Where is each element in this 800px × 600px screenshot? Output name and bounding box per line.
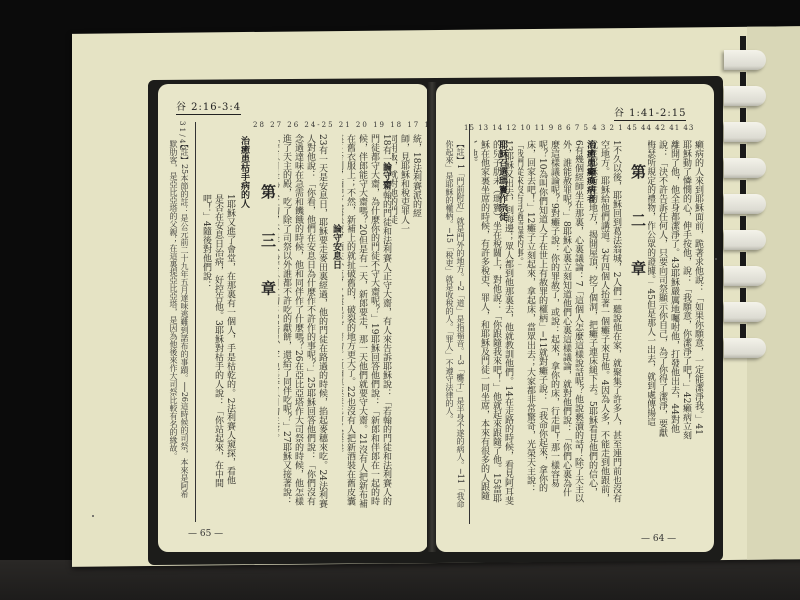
dust-speck	[715, 258, 717, 260]
left-page-number: — 65 —	[188, 529, 223, 539]
binder-ring	[724, 86, 766, 106]
binder-ring	[724, 194, 766, 214]
right-section-head-paralytic: 治癒患癱瘓病者	[584, 140, 597, 203]
binder-ring	[724, 50, 766, 70]
binder-ring	[724, 338, 766, 358]
right-footnote: 【註】1「門前附近」就是門外的地方。─2「道」是指福音。─3「癱子」是半身不遂的…	[442, 140, 466, 510]
right-section-head-calling: 耶穌召選瑪竇作宗徒	[496, 140, 509, 221]
left-section-head-healing: 治癒患枯手病的人	[238, 136, 251, 208]
left-verse-numbers: 28 27 26 24-25 21 20 19 18 17 16	[253, 121, 437, 129]
dust-speck	[92, 515, 94, 517]
right-column-3: 6有幾個經師坐在那裏，心裏議論：7「這個人怎麼這樣說話呢？他說褻瀆的話！除了天主…	[518, 140, 584, 505]
right-footnote-rule	[469, 124, 470, 524]
left-footnote: 【註】25本節的註：是公元前二十九年五月達味逃難到諾布的事蹟。──26這時候的司…	[162, 140, 190, 500]
left-column-3: 23有一天是安息日，耶穌要走麥田裏經過，他的門徒在路過的時候，掐起麥穗來吃。24…	[278, 134, 328, 509]
back-page-edge	[747, 26, 800, 560]
binder-ring	[724, 158, 766, 178]
left-footnote-rule	[195, 122, 196, 522]
left-column-2: 18有一天，若翰的門徒和法利賽人正守大齋，有人來告訴耶穌說：「若翰的門徒和法利賽…	[342, 134, 392, 509]
left-page: 谷 2:16-3:4 28 27 26 24-25 21 20 19 18 17…	[158, 84, 428, 552]
binder-ring	[724, 302, 766, 322]
left-column-1: 統，18法利賽派的經師，見耶穌和稅吏罪人一同用飯，就對他的門徒說：「他為什麼和稅…	[392, 134, 422, 234]
right-verse-numbers: 15 13 14 12 10 11 9 8 6 7 5 4 3 2 1 45 4…	[464, 124, 694, 132]
binder-ring	[724, 266, 766, 286]
right-page-header-ref: 谷 1:41-2:15	[614, 104, 686, 121]
binder-ring	[724, 122, 766, 142]
binder-ring	[724, 230, 766, 250]
right-page-number: — 64 —	[641, 534, 676, 544]
right-page: 谷 1:41-2:15 15 13 14 12 10 11 9 8 6 7 5 …	[436, 84, 714, 552]
right-column-1: 癩病的人來到耶穌面前，跪著求他說：「如果你願意，一定能潔淨我。」41耶穌動了憐憫…	[648, 140, 704, 440]
left-page-header-ref: 谷 2:16-3:4	[176, 98, 241, 115]
left-column-4: 1耶穌又進了會堂，在那裏有一個人，手是枯乾的。2法利賽人窺探，看他是否在安息日治…	[200, 194, 236, 489]
left-chapter-title: 第 三 章	[258, 184, 279, 309]
right-chapter-title: 第 二 章	[628, 164, 649, 289]
